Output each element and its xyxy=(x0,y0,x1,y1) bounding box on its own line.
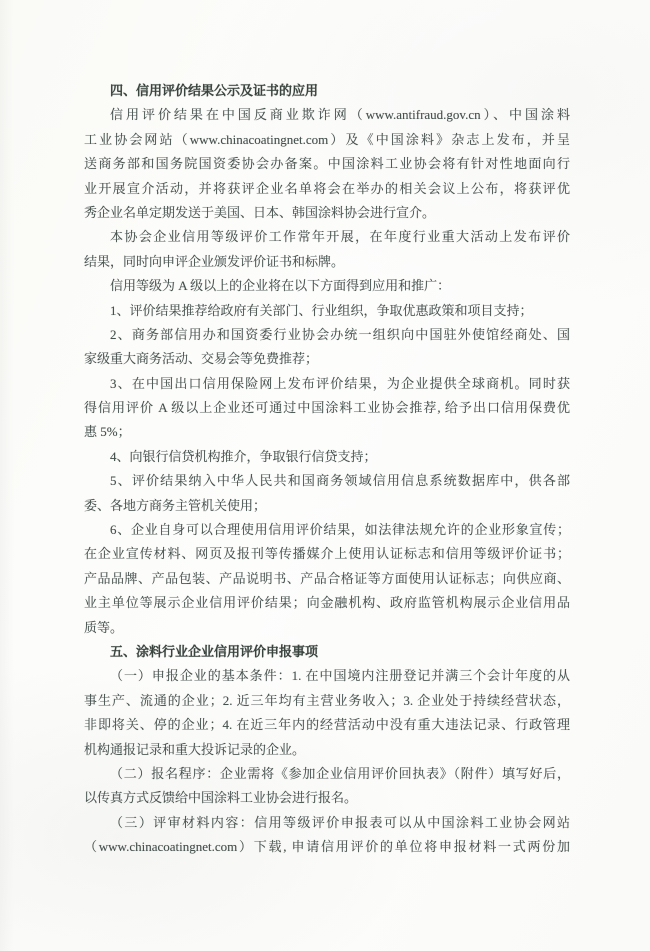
text-line: 机构通报记录和重大投诉记录的企业。 xyxy=(84,738,570,762)
text-line: 结果，同时向申评企业颁发评价证书和标牌。 xyxy=(84,250,570,274)
document-page: 四、信用评价结果公示及证书的应用 信用评价结果在中国反商业欺诈网（www.ant… xyxy=(0,0,650,951)
subitem-2: （二）报名程序：企业需将《参加企业信用评价回执表》（附件）填写好后， xyxy=(84,762,570,786)
text-line: 家级重大商务活动、交易会等免费推荐； xyxy=(84,347,570,371)
text-line: 产品品牌、产品包装、产品说明书、产品合格证等方面使用认证标志；向供应商、 xyxy=(84,567,570,591)
list-item-1: 1、评价结果推荐给政府有关部门、行业组织，争取优惠政策和项目支持； xyxy=(84,299,570,323)
text-line: 送商务部和国务院国资委协会办备案。中国涂料工业协会将有针对性地面向行 xyxy=(84,152,570,176)
text-line: 业主单位等展示企业信用评价结果；向金融机构、政府监管机构展示企业信用品 xyxy=(84,591,570,615)
section-heading-5: 五、涂料行业企业信用评价申报事项 xyxy=(84,640,570,664)
text-line: 事生产、流通的企业；2. 近三年均有主营业务收入；3. 企业处于持续经营状态， xyxy=(84,689,570,713)
subitem-1: （一）申报企业的基本条件：1. 在中国境内注册登记并满三个会计年度的从 xyxy=(84,664,570,688)
list-item-2: 2、商务部信用办和国资委行业协会办统一组织向中国驻外使馆经商处、国 xyxy=(84,323,570,347)
text-line: 委、各地方商务主管机关使用； xyxy=(84,494,570,518)
list-item-4: 4、向银行信贷机构推介，争取银行信贷支持； xyxy=(84,445,570,469)
text-line: 信用等级为 A 级以上的企业将在以下方面得到应用和推广： xyxy=(84,274,570,298)
text-line: 本协会企业信用等级评价工作常年开展，在年度行业重大活动上发布评价 xyxy=(84,225,570,249)
text-line: 信用评价结果在中国反商业欺诈网（www.antifraud.gov.cn）、中国… xyxy=(84,103,570,127)
list-item-5: 5、评价结果纳入中华人民共和国商务领域信用信息系统数据库中，供各部 xyxy=(84,469,570,493)
text-line: 在企业宣传材料、网页及报刊等传播媒介上使用认证标志和信用等级评价证书； xyxy=(84,542,570,566)
list-item-3: 3、在中国出口信用保险网上发布评价结果，为企业提供全球商机。同时获 xyxy=(84,372,570,396)
text-line: 秀企业名单定期发送于美国、日本、韩国涂料协会进行宣介。 xyxy=(84,201,570,225)
text-line: 非即将关、停的企业；4. 在近三年内的经营活动中没有重大违法记录、行政管理 xyxy=(84,713,570,737)
text-line: 以传真方式反馈给中国涂料工业协会进行报名。 xyxy=(84,786,570,810)
subitem-3: （三）评审材料内容：信用等级评价申报表可以从中国涂料工业协会网站 xyxy=(84,811,570,835)
section-heading-4: 四、信用评价结果公示及证书的应用 xyxy=(84,79,570,103)
text-line: 业开展宣介活动，并将获评企业名单将会在举办的相关会议上公布，将获评优 xyxy=(84,177,570,201)
text-line: 质等。 xyxy=(84,616,570,640)
text-line: 工业协会网站（www.chinacoatingnet.com）及《中国涂料》杂志… xyxy=(84,128,570,152)
text-line: 得信用评价 A 级以上企业还可通过中国涂料工业协会推荐, 给予出口信用保费优 xyxy=(84,396,570,420)
text-line: 惠 5%； xyxy=(84,420,570,444)
document-text-block: 四、信用评价结果公示及证书的应用 信用评价结果在中国反商业欺诈网（www.ant… xyxy=(84,79,570,860)
text-line: （www.chinacoatingnet.com）下载, 申请信用评价的单位将申… xyxy=(84,835,570,859)
list-item-6: 6、企业自身可以合理使用信用评价结果，如法律法规允许的企业形象宣传； xyxy=(84,518,570,542)
